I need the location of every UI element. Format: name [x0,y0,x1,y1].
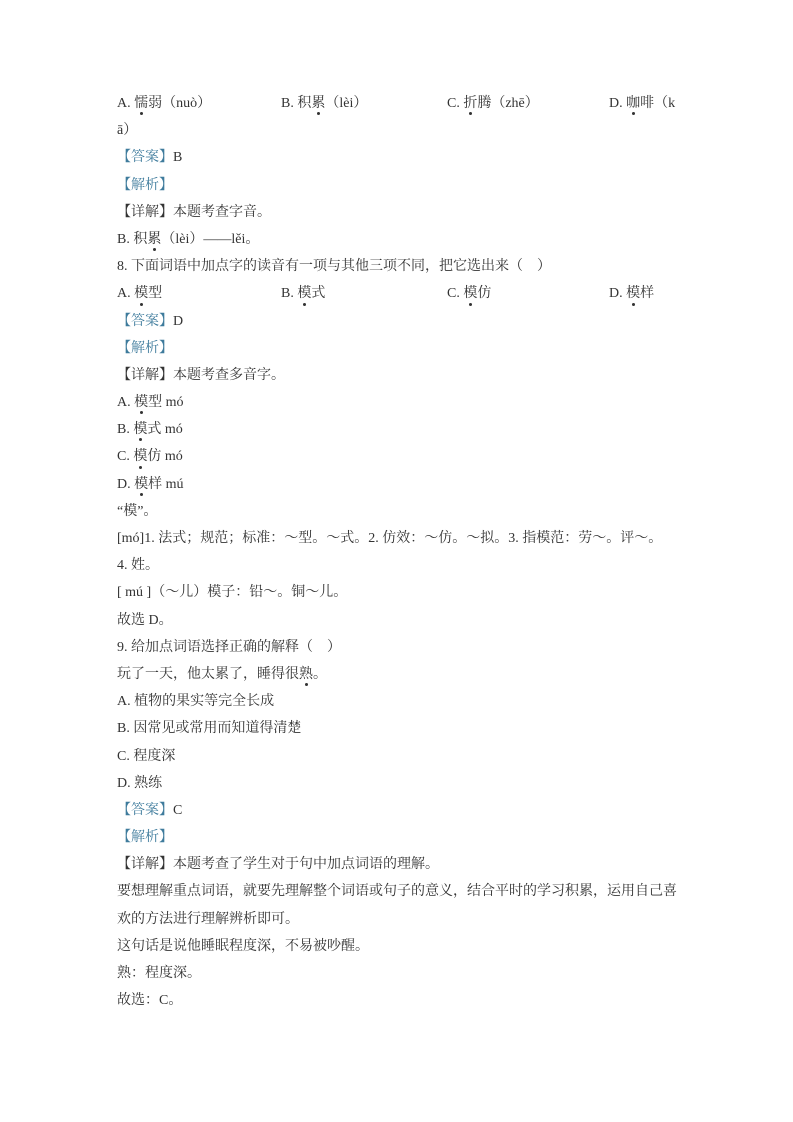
text-seg: “模”。 [117,504,157,519]
text-line: 故选 D。 [117,607,678,634]
text-seg: A. [117,395,134,410]
text-seg: 这句话是说他睡眠程度深，不易被吵醒。 [117,939,369,954]
section-label: 【答案】 [117,803,173,818]
text-line: 【解析】 [117,172,678,199]
text-seg: A. [117,96,134,111]
text-seg: 欢的方法进行理解辨析即可。 [117,912,299,927]
text-line: 【解析】 [117,335,678,362]
text-seg: 8. 下面词语中加点字的读音有一项与其他三项不同，把它选出来（ ） [117,259,551,274]
text-line: D. 模样 mú [117,471,678,498]
text-seg: 积 [133,232,147,247]
text-seg: B. 因常见或常用而知道得清楚 [117,721,301,736]
dotted-char: 模 [134,471,148,498]
text-seg: B. [117,232,133,247]
text-line: 【解析】 [117,824,678,851]
text-line: 故选：C。 [117,987,678,1014]
exam-page: A. 懦弱（nuò）B. 积累（lèi）C. 折腾（zhē）D. 咖啡（kā）【… [0,0,793,1122]
text-seg: 型 [148,286,162,301]
dotted-char: 模 [463,280,477,307]
text-seg: 弱（nuò） [148,96,211,111]
dotted-char: 折 [463,90,477,117]
text-seg: ā） [117,123,137,138]
option-item: B. 模式 [281,280,325,307]
text-line: 4. 姓。 [117,552,678,579]
option-item: B. 积累（lèi） [281,90,367,117]
dotted-char: 模 [297,280,311,307]
text-seg: B. [281,96,297,111]
text-seg: 式 mó [147,422,182,437]
text-seg: （lèi） [325,96,367,111]
dotted-char: 模 [134,389,148,416]
text-line: B. 模式 mó [117,416,678,443]
text-seg: 9. 给加点词语选择正确的解释（ ） [117,640,341,655]
options-row: A. 懦弱（nuò）B. 积累（lèi）C. 折腾（zhē）D. 咖啡（k [117,90,678,117]
text-line: [ mú ]（～儿）模子：铅～。铜～儿。 [117,579,678,606]
text-seg: C [173,803,182,818]
text-line: 【答案】D [117,308,678,335]
text-line: D. 熟练 [117,770,678,797]
text-seg: D. 熟练 [117,776,162,791]
dotted-char: 累 [147,226,161,253]
options-row: A. 模型B. 模式C. 模仿D. 模样 [117,280,678,307]
text-seg: C. 程度深 [117,749,175,764]
dotted-char: 模 [134,280,148,307]
text-seg: 要想理解重点词语，就要先理解整个词语或句子的意义，结合平时的学习积累，运用自己喜 [117,884,677,899]
text-seg: A. [117,286,134,301]
text-seg: 故选 D。 [117,613,173,628]
section-label: 【解析】 [117,178,173,193]
option-item: A. 模型 [117,280,162,307]
text-seg: 仿 mó [147,449,182,464]
text-seg: 玩了一天，他太累了，睡得很 [117,667,299,682]
text-seg: C. [117,449,133,464]
text-line: 【答案】B [117,144,678,171]
text-seg: 样 mú [148,477,183,492]
text-seg: A. 植物的果实等完全长成 [117,694,274,709]
text-seg: 4. 姓。 [117,558,159,573]
dotted-char: 模 [133,416,147,443]
dotted-char: 懦 [134,90,148,117]
text-line: 【详解】本题考查了学生对于句中加点词语的理解。 [117,851,678,878]
section-label: 【解析】 [117,830,173,845]
text-seg: 型 mó [148,395,183,410]
dotted-char: 模 [626,280,640,307]
text-line: 要想理解重点词语，就要先理解整个词语或句子的意义，结合平时的学习积累，运用自己喜 [117,878,678,905]
text-line: 【答案】C [117,797,678,824]
document-body: A. 懦弱（nuò）B. 积累（lèi）C. 折腾（zhē）D. 咖啡（kā）【… [117,90,678,1014]
text-line: 这句话是说他睡眠程度深，不易被吵醒。 [117,933,678,960]
text-seg: 熟：程度深。 [117,966,201,981]
text-seg: D. [609,286,626,301]
text-seg: [mó]1. 法式；规范；标准：～型。～式。2. 仿效：～仿。～拟。3. 指模范… [117,531,662,546]
text-line: 【详解】本题考查多音字。 [117,362,678,389]
option-item: A. 懦弱（nuò） [117,90,211,117]
text-line: B. 积累（lèi）——lěi。 [117,226,678,253]
dotted-char: 模 [133,443,147,470]
dotted-char: 累 [311,90,325,117]
option-item: D. 咖啡（k [609,90,675,117]
text-seg: 腾（zhē） [477,96,538,111]
text-line: C. 模仿 mó [117,443,678,470]
text-seg: 【详解】本题考查了学生对于句中加点词语的理解。 [117,857,439,872]
text-seg: [ mú ]（～儿）模子：铅～。铜～儿。 [117,585,347,600]
text-line: C. 程度深 [117,743,678,770]
text-line: 熟：程度深。 [117,960,678,987]
text-line: A. 模型 mó [117,389,678,416]
text-seg: 。 [313,667,327,682]
text-line: 欢的方法进行理解辨析即可。 [117,906,678,933]
text-seg: 【详解】本题考查字音。 [117,205,271,220]
text-line: A. 植物的果实等完全长成 [117,688,678,715]
option-item: C. 模仿 [447,280,491,307]
text-seg: （lèi）——lěi。 [161,232,259,247]
text-seg: D. [117,477,134,492]
text-line: 玩了一天，他太累了，睡得很熟。 [117,661,678,688]
text-line: B. 因常见或常用而知道得清楚 [117,715,678,742]
text-seg: 仿 [477,286,491,301]
text-line: 8. 下面词语中加点字的读音有一项与其他三项不同，把它选出来（ ） [117,253,678,280]
text-seg: 啡（k [640,96,675,111]
text-seg: 故选：C。 [117,993,182,1008]
text-line: 【详解】本题考查字音。 [117,199,678,226]
text-seg: D [173,314,183,329]
text-seg: 样 [640,286,654,301]
option-item: D. 模样 [609,280,654,307]
section-label: 【解析】 [117,341,173,356]
option-item: C. 折腾（zhē） [447,90,539,117]
text-seg: 【详解】本题考查多音字。 [117,368,285,383]
text-line: [mó]1. 法式；规范；标准：～型。～式。2. 仿效：～仿。～拟。3. 指模范… [117,525,678,552]
text-seg: C. [447,96,463,111]
section-label: 【答案】 [117,314,173,329]
text-seg: C. [447,286,463,301]
text-line: 9. 给加点词语选择正确的解释（ ） [117,634,678,661]
text-seg: 式 [311,286,325,301]
text-seg: 积 [297,96,311,111]
text-seg: D. [609,96,626,111]
section-label: 【答案】 [117,150,173,165]
text-line: “模”。 [117,498,678,525]
dotted-char: 熟 [299,661,313,688]
text-line: ā） [117,117,678,144]
text-seg: B. [117,422,133,437]
dotted-char: 咖 [626,90,640,117]
text-seg: B. [281,286,297,301]
text-seg: B [173,150,182,165]
